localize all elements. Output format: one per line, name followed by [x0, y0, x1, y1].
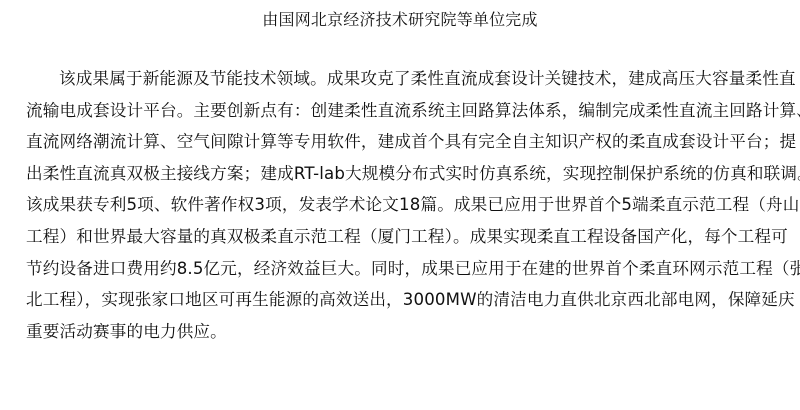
paragraph-line: 节约设备进口费用约8.5亿元，经济效益巨大。同时，成果已应用于在建的世界首个柔直… — [26, 253, 776, 285]
paragraph-line: 直流网络潮流计算、空气间隙计算等专用软件，建成首个具有完全自主知识产权的柔直成套… — [26, 126, 776, 158]
paragraph-line: 重要活动赛事的电力供应。 — [26, 316, 776, 348]
document-title: 由国网北京经济技术研究院等单位完成 — [0, 9, 800, 31]
document-paragraph: 该成果属于新能源及节能技术领域。成果攻克了柔性直流成套设计关键技术，建成高压大容… — [26, 63, 776, 347]
paragraph-line: 工程）和世界最大容量的真双极柔直示范工程（厦门工程）。成果实现柔直工程设备国产化… — [26, 221, 776, 253]
paragraph-line: 北工程），实现张家口地区可再生能源的高效送出，3000MW的清洁电力直供北京西北… — [26, 284, 776, 316]
paragraph-line: 流输电成套设计平台。主要创新点有：创建柔性直流系统主回路算法体系，编制完成柔性直… — [26, 95, 776, 127]
paragraph-line: 该成果属于新能源及节能技术领域。成果攻克了柔性直流成套设计关键技术，建成高压大容… — [26, 63, 776, 95]
paragraph-line: 出柔性直流真双极主接线方案；建成RT-lab大规模分布式实时仿真系统，实现控制保… — [26, 158, 776, 190]
paragraph-line: 该成果获专利5项、软件著作权3项，发表学术论文18篇。成果已应用于世界首个5端柔… — [26, 189, 776, 221]
